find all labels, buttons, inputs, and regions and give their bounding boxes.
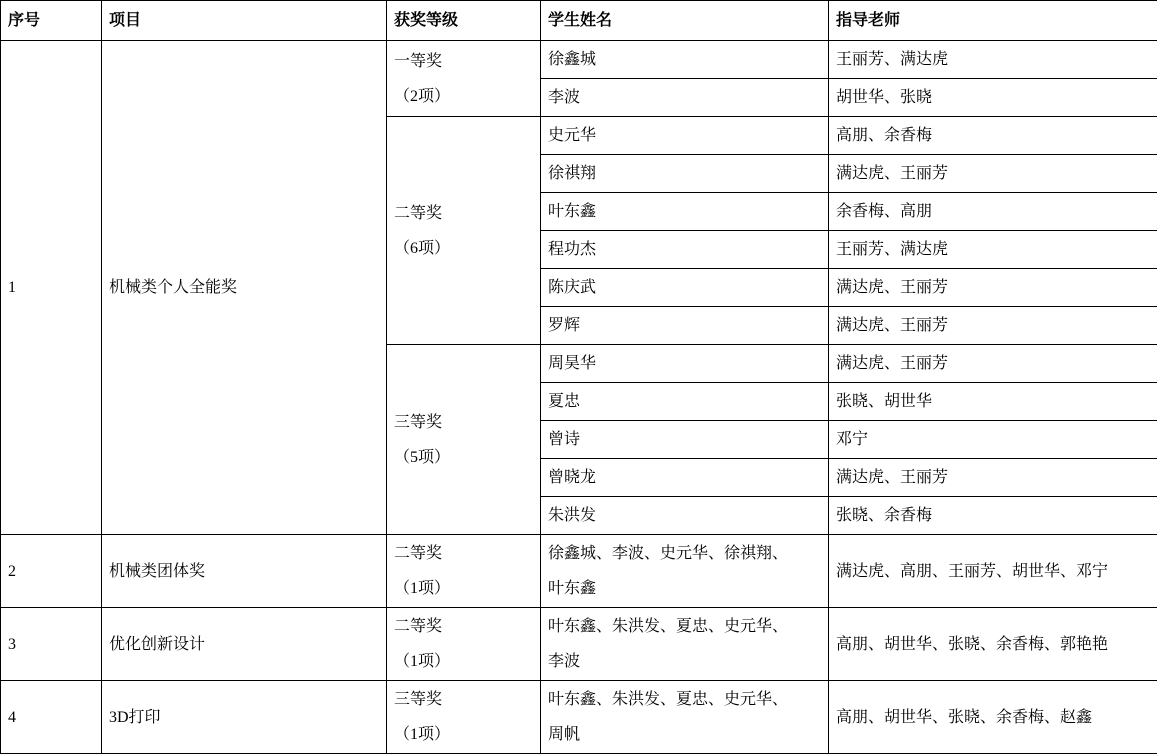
cell-line: 曾晓龙 — [548, 460, 826, 495]
student-cell: 徐祺翔 — [541, 155, 829, 193]
cell-line: 周帆 — [548, 717, 826, 752]
cell-line: （1项） — [394, 717, 538, 752]
table-row: 1机械类个人全能奖一等奖（2项）徐鑫城王丽芳、满达虎 — [1, 41, 1157, 79]
award-level-cell: 一等奖（2项） — [387, 41, 541, 117]
index-cell: 4 — [1, 681, 102, 754]
cell-line: 邓宁 — [836, 422, 1155, 457]
cell-line: 满达虎、王丽芳 — [836, 308, 1155, 343]
student-cell: 曾诗 — [541, 421, 829, 459]
awards-table: 序号 项目 获奖等级 学生姓名 指导老师 1机械类个人全能奖一等奖（2项）徐鑫城… — [0, 0, 1157, 754]
cell-line: 叶东鑫 — [548, 194, 826, 229]
teacher-cell: 高朋、胡世华、张晓、余香梅、郭艳艳 — [829, 608, 1157, 681]
cell-line: 罗辉 — [548, 308, 826, 343]
teacher-cell: 满达虎、高朋、王丽芳、胡世华、邓宁 — [829, 535, 1157, 608]
column-header-teacher: 指导老师 — [829, 1, 1157, 41]
column-header-project: 项目 — [102, 1, 387, 41]
cell-line: 满达虎、王丽芳 — [836, 460, 1155, 495]
cell-line: 高朋、余香梅 — [836, 118, 1155, 153]
project-cell: 3D打印 — [102, 681, 387, 754]
project-cell: 机械类个人全能奖 — [102, 41, 387, 535]
cell-line: 余香梅、高朋 — [836, 194, 1155, 229]
student-cell: 陈庆武 — [541, 269, 829, 307]
table-row: 2机械类团体奖二等奖（1项）徐鑫城、李波、史元华、徐祺翔、叶东鑫满达虎、高朋、王… — [1, 535, 1157, 608]
cell-line: 陈庆武 — [548, 270, 826, 305]
table-row: 43D打印三等奖（1项）叶东鑫、朱洪发、夏忠、史元华、周帆高朋、胡世华、张晓、余… — [1, 681, 1157, 754]
award-level-cell: 三等奖（1项） — [387, 681, 541, 754]
student-cell: 徐鑫城 — [541, 41, 829, 79]
teacher-cell: 满达虎、王丽芳 — [829, 459, 1157, 497]
cell-line: 曾诗 — [548, 422, 826, 457]
cell-line: 夏忠 — [548, 384, 826, 419]
teacher-cell: 邓宁 — [829, 421, 1157, 459]
cell-line: 二等奖 — [394, 609, 538, 644]
student-cell: 罗辉 — [541, 307, 829, 345]
cell-line: 2 — [8, 554, 99, 589]
cell-line: 叶东鑫 — [548, 571, 826, 606]
teacher-cell: 王丽芳、满达虎 — [829, 231, 1157, 269]
student-cell: 徐鑫城、李波、史元华、徐祺翔、叶东鑫 — [541, 535, 829, 608]
cell-line: 一等奖 — [394, 44, 538, 79]
cell-line: 徐鑫城、李波、史元华、徐祺翔、 — [548, 536, 826, 571]
teacher-cell: 满达虎、王丽芳 — [829, 269, 1157, 307]
cell-line: 王丽芳、满达虎 — [836, 232, 1155, 267]
column-header-student-name: 学生姓名 — [541, 1, 829, 41]
project-cell: 优化创新设计 — [102, 608, 387, 681]
cell-line: 满达虎、王丽芳 — [836, 346, 1155, 381]
awards-table-body: 1机械类个人全能奖一等奖（2项）徐鑫城王丽芳、满达虎李波胡世华、张晓二等奖（6项… — [1, 41, 1157, 754]
cell-line: （2项） — [394, 79, 538, 114]
header-row: 序号 项目 获奖等级 学生姓名 指导老师 — [1, 1, 1157, 41]
cell-line: 徐鑫城 — [548, 42, 826, 77]
cell-line: 3 — [8, 627, 99, 662]
cell-line: 满达虎、高朋、王丽芳、胡世华、邓宁 — [836, 554, 1155, 589]
cell-line: （5项） — [394, 440, 538, 475]
cell-line: 满达虎、王丽芳 — [836, 156, 1155, 191]
cell-line: 李波 — [548, 644, 826, 679]
student-cell: 叶东鑫、朱洪发、夏忠、史元华、周帆 — [541, 681, 829, 754]
cell-line: 1 — [8, 270, 99, 305]
cell-line: 高朋、胡世华、张晓、余香梅、赵鑫 — [836, 700, 1155, 735]
teacher-cell: 满达虎、王丽芳 — [829, 345, 1157, 383]
student-cell: 叶东鑫、朱洪发、夏忠、史元华、李波 — [541, 608, 829, 681]
cell-line: 二等奖 — [394, 536, 538, 571]
cell-line: （1项） — [394, 644, 538, 679]
cell-line: 4 — [8, 700, 99, 735]
cell-line: 叶东鑫、朱洪发、夏忠、史元华、 — [548, 682, 826, 717]
teacher-cell: 高朋、余香梅 — [829, 117, 1157, 155]
teacher-cell: 张晓、胡世华 — [829, 383, 1157, 421]
award-level-cell: 二等奖（1项） — [387, 608, 541, 681]
teacher-cell: 王丽芳、满达虎 — [829, 41, 1157, 79]
index-cell: 3 — [1, 608, 102, 681]
cell-line: 朱洪发 — [548, 498, 826, 533]
teacher-cell: 满达虎、王丽芳 — [829, 307, 1157, 345]
project-cell: 机械类团体奖 — [102, 535, 387, 608]
teacher-cell: 余香梅、高朋 — [829, 193, 1157, 231]
student-cell: 叶东鑫 — [541, 193, 829, 231]
cell-line: 周昊华 — [548, 346, 826, 381]
column-header-index: 序号 — [1, 1, 102, 41]
student-cell: 周昊华 — [541, 345, 829, 383]
cell-line: 李波 — [548, 80, 826, 115]
teacher-cell: 满达虎、王丽芳 — [829, 155, 1157, 193]
award-level-cell: 二等奖（1项） — [387, 535, 541, 608]
student-cell: 程功杰 — [541, 231, 829, 269]
cell-line: 二等奖 — [394, 196, 538, 231]
index-cell: 2 — [1, 535, 102, 608]
cell-line: 三等奖 — [394, 682, 538, 717]
column-header-award-level: 获奖等级 — [387, 1, 541, 41]
cell-line: 3D打印 — [109, 700, 384, 735]
index-cell: 1 — [1, 41, 102, 535]
cell-line: 史元华 — [548, 118, 826, 153]
cell-line: 叶东鑫、朱洪发、夏忠、史元华、 — [548, 609, 826, 644]
award-level-cell: 二等奖（6项） — [387, 117, 541, 345]
cell-line: 满达虎、王丽芳 — [836, 270, 1155, 305]
student-cell: 夏忠 — [541, 383, 829, 421]
teacher-cell: 高朋、胡世华、张晓、余香梅、赵鑫 — [829, 681, 1157, 754]
cell-line: 王丽芳、满达虎 — [836, 42, 1155, 77]
cell-line: 机械类团体奖 — [109, 554, 384, 589]
teacher-cell: 张晓、余香梅 — [829, 497, 1157, 535]
cell-line: 优化创新设计 — [109, 627, 384, 662]
cell-line: 三等奖 — [394, 405, 538, 440]
cell-line: 机械类个人全能奖 — [109, 270, 384, 305]
cell-line: 程功杰 — [548, 232, 826, 267]
student-cell: 史元华 — [541, 117, 829, 155]
cell-line: 张晓、胡世华 — [836, 384, 1155, 419]
cell-line: （1项） — [394, 571, 538, 606]
cell-line: 徐祺翔 — [548, 156, 826, 191]
student-cell: 曾晓龙 — [541, 459, 829, 497]
table-row: 3优化创新设计二等奖（1项）叶东鑫、朱洪发、夏忠、史元华、李波高朋、胡世华、张晓… — [1, 608, 1157, 681]
cell-line: 张晓、余香梅 — [836, 498, 1155, 533]
cell-line: 胡世华、张晓 — [836, 80, 1155, 115]
award-level-cell: 三等奖（5项） — [387, 345, 541, 535]
student-cell: 朱洪发 — [541, 497, 829, 535]
cell-line: （6项） — [394, 231, 538, 266]
cell-line: 高朋、胡世华、张晓、余香梅、郭艳艳 — [836, 627, 1155, 662]
student-cell: 李波 — [541, 79, 829, 117]
teacher-cell: 胡世华、张晓 — [829, 79, 1157, 117]
